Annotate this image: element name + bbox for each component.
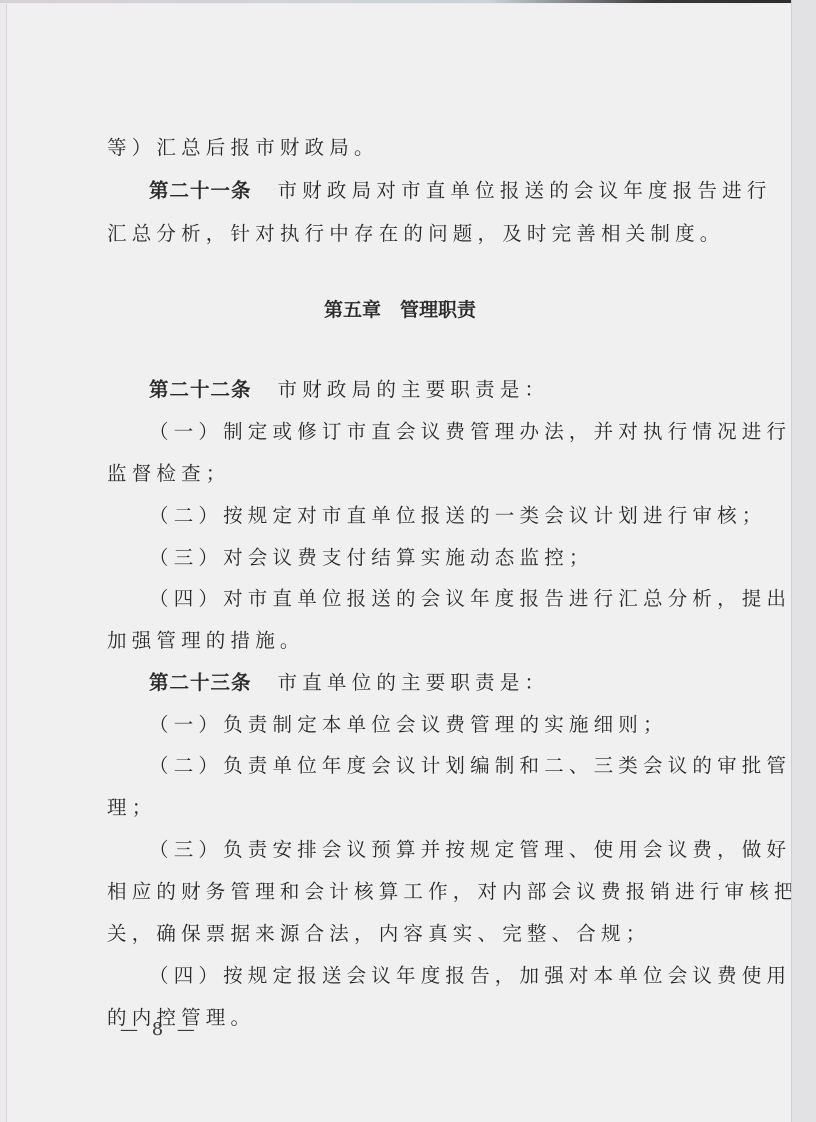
line-text: 监督检查；: [107, 462, 231, 485]
line-text: 汇总分析，针对执行中存在的问题，及时完善相关制度。: [107, 222, 725, 245]
line-text: （一）制定或修订市直会议费管理办法，并对执行情况进行: [149, 420, 791, 443]
article-heading: 第二十二条: [149, 378, 252, 401]
line-text: 等）汇总后报市财政局。: [107, 136, 379, 159]
article-23-item-1: （一）负责制定本单位会议费管理的实施细则；: [149, 715, 668, 735]
article-23-item-2-line-1: （二）负责单位年度会议计划编制和二、三类会议的审批管: [149, 756, 791, 776]
line-text: 加强管理的措施。: [107, 629, 305, 652]
line-text: 市财政局对市直单位报送的会议年度报告进行: [278, 179, 772, 202]
article-22-item-1-line-2: 监督检查；: [107, 464, 231, 484]
document-page: 等）汇总后报市财政局。 第二十一条市财政局对市直单位报送的会议年度报告进行 汇总…: [6, 4, 793, 1122]
article-23-item-3-line-2: 相应的财务管理和会计核算工作，对内部会议费报销进行审核把: [107, 882, 799, 902]
article-22-item-1-line-1: （一）制定或修订市直会议费管理办法，并对执行情况进行: [149, 422, 791, 442]
page-number: — 8 —: [120, 1019, 199, 1040]
scan-top-edge: [0, 0, 816, 3]
chapter-title: 第五章 管理职责: [7, 301, 793, 320]
article-23-item-4-line-1: （四）按规定报送会议年度报告，加强对本单位会议费使用: [149, 966, 791, 986]
line-text: （四）对市直单位报送的会议年度报告进行汇总分析，提出: [149, 587, 791, 610]
article-heading: 第二十三条: [149, 671, 252, 694]
article-22-heading-line: 第二十二条市财政局的主要职责是：: [149, 380, 549, 400]
article-22-item-4-line-2: 加强管理的措施。: [107, 631, 305, 651]
article-22-item-2: （二）按规定对市直单位报送的一类会议计划进行审核；: [149, 506, 767, 526]
article-23-heading-line: 第二十三条市直单位的主要职责是：: [149, 673, 549, 693]
line-text: 理；: [107, 796, 156, 819]
article-22-item-4-line-1: （四）对市直单位报送的会议年度报告进行汇总分析，提出: [149, 589, 791, 609]
article-heading: 第二十一条: [149, 179, 252, 202]
line-text: 相应的财务管理和会计核算工作，对内部会议费报销进行审核把: [107, 880, 799, 903]
article-23-item-2-line-2: 理；: [107, 798, 156, 818]
line-text: （二）负责单位年度会议计划编制和二、三类会议的审批管: [149, 754, 791, 777]
line-text: （二）按规定对市直单位报送的一类会议计划进行审核；: [149, 504, 767, 527]
line-text: 关，确保票据来源合法，内容真实、完整、合规；: [107, 922, 650, 945]
line-text: （三）对会议费支付结算实施动态监控；: [149, 546, 594, 569]
line-text: （四）按规定报送会议年度报告，加强对本单位会议费使用: [149, 964, 791, 987]
line-text: （三）负责安排会议预算并按规定管理、使用会议费，做好: [149, 838, 791, 861]
article-23-item-3-line-3: 关，确保票据来源合法，内容真实、完整、合规；: [107, 924, 650, 944]
article-21-line-1: 第二十一条市财政局对市直单位报送的会议年度报告进行: [149, 181, 772, 201]
line-text: （一）负责制定本单位会议费管理的实施细则；: [149, 713, 668, 736]
line-text: 市财政局的主要职责是：: [278, 378, 550, 401]
article-22-item-3: （三）对会议费支付结算实施动态监控；: [149, 548, 594, 568]
paragraph-line-continuation: 等）汇总后报市财政局。: [107, 138, 379, 158]
article-21-line-2: 汇总分析，针对执行中存在的问题，及时完善相关制度。: [107, 224, 725, 244]
scan-page-edge: [791, 0, 816, 1122]
line-text: 市直单位的主要职责是：: [278, 671, 550, 694]
article-23-item-3-line-1: （三）负责安排会议预算并按规定管理、使用会议费，做好: [149, 840, 791, 860]
